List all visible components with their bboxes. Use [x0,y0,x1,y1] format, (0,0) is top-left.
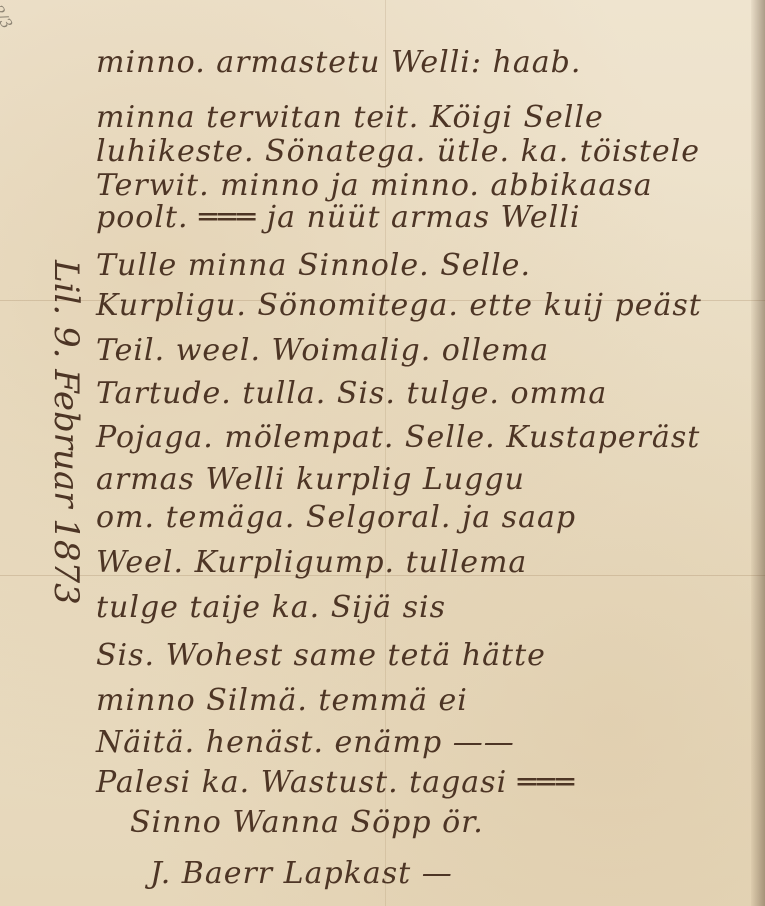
letter-line: Tartude. tulla. Sis. tulge. omma [96,376,607,411]
letter-line: Kurpligu. Sönomitega. ette kuij peäst [96,288,702,323]
letter-line: minna terwitan teit. Köigi Selle [96,100,604,135]
signature: J. Baerr Lapkast — [150,856,453,891]
letter-line: Sinno Wanna Söpp ör. [130,805,484,840]
letter-page: 2/3 Lil. 9. Februar 1873 minno. armastet… [0,0,765,906]
paper-edge [751,0,765,906]
letter-line: armas Welli kurplig Luggu [96,462,525,497]
letter-line: Terwit. minno ja minno. abbikaasa [96,168,653,203]
letter-line: tulge taije ka. Sijä sis [96,590,446,625]
letter-line: minno Silmä. temmä ei [96,683,468,718]
letter-line: Pojaga. mölempat. Selle. Kustaperäst [96,420,700,455]
letter-line: om. temäga. Selgoral. ja saap [96,500,576,535]
archive-mark: 2/3 [0,2,16,32]
letter-line: Näitä. henäst. enämp —— [96,725,515,760]
letter-line: Teil. weel. Woimalig. ollema [96,333,549,368]
margin-date-text: Lil. 9. Februar 1873 [46,260,86,605]
letter-line: poolt. ═══ ja nüüt armas Welli [96,200,580,235]
letter-line: Weel. Kurpligump. tullema [96,545,527,580]
letter-line: Palesi ka. Wastust. tagasi ═══ [96,765,575,800]
letter-line: luhikeste. Sönatega. ütle. ka. töistele [96,134,700,169]
letter-line: Sis. Wohest same tetä hätte [96,638,546,673]
margin-date: Lil. 9. Februar 1873 [38,260,78,790]
letter-line: Tulle minna Sinnole. Selle. [96,248,531,283]
letter-line: minno. armastetu Welli: haab. [96,45,581,80]
